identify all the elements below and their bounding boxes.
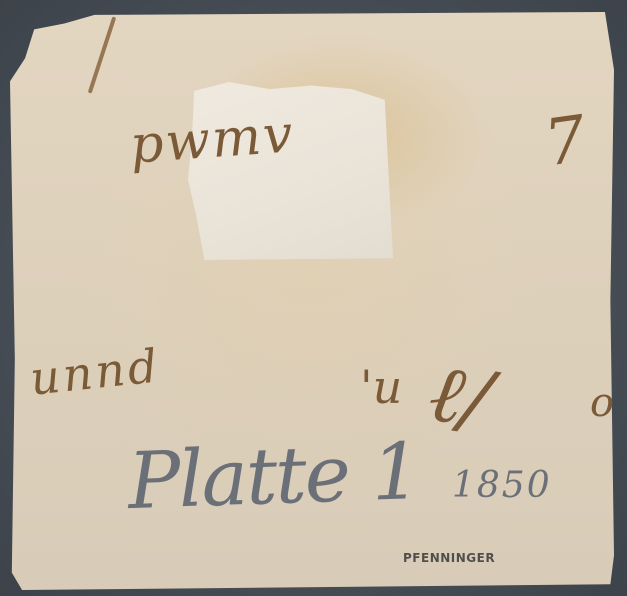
ink-handwriting-edge: o — [590, 380, 614, 426]
ink-handwriting-top: pwmv — [128, 104, 296, 175]
ink-handwriting-middle-2: 'u — [360, 360, 402, 414]
expert-signature-mark: PFENNINGER — [403, 551, 495, 565]
pencil-note-platte: Platte 1 — [127, 427, 421, 527]
pencil-note-year: 1850 — [452, 465, 552, 506]
